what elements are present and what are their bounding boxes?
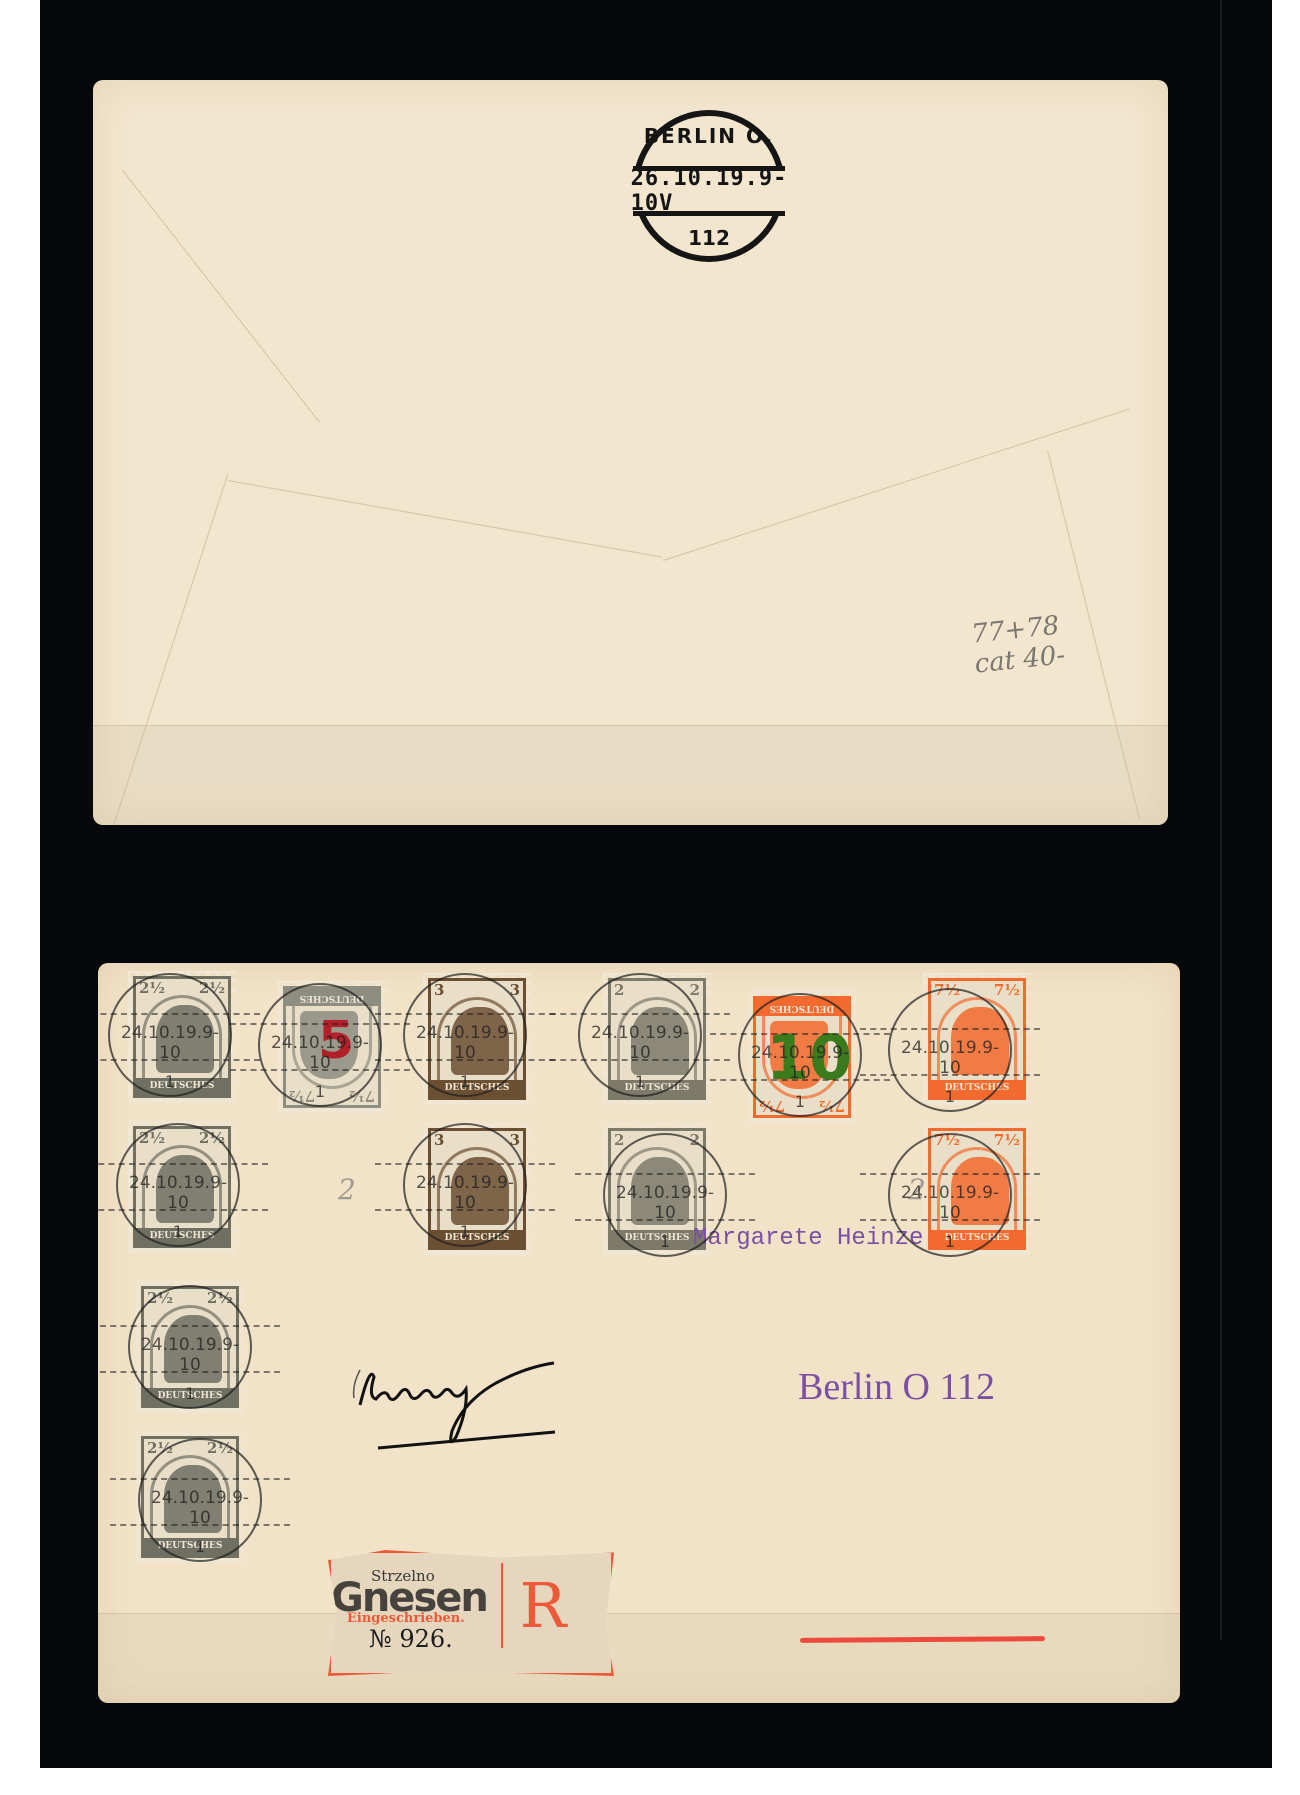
- postage-stamp: 22DEUTSCHES REICH: [603, 973, 711, 1105]
- stamp-value: 2½: [147, 1439, 173, 1457]
- stamp-value: 2½: [207, 1289, 233, 1307]
- postage-stamp: 7½7½DEUTSCHES REICH5: [278, 981, 386, 1113]
- stamp-legend: DEUTSCHES REICH: [611, 1230, 703, 1247]
- germania-bust: [156, 1005, 214, 1073]
- stamp-value: 7½: [994, 1131, 1020, 1149]
- page-seam: [1220, 0, 1222, 1640]
- stamp-legend: DEUTSCHES REICH: [431, 1230, 523, 1247]
- stamp-value: 7½: [934, 1131, 960, 1149]
- pencil-mark: 2: [338, 1173, 356, 1206]
- stamp-legend: DEUTSCHES REICH: [431, 1080, 523, 1097]
- signature: [330, 1340, 620, 1470]
- stamp-value: 7½: [759, 1097, 785, 1115]
- stamp-value: 2½: [207, 1439, 233, 1457]
- pencil-mark: 2: [908, 1173, 926, 1206]
- postage-stamp: 2½2½DEUTSCHES REICH: [136, 1281, 244, 1413]
- stamp-frame: 2½2½DEUTSCHES REICH: [141, 1286, 239, 1408]
- surcharge-overprint: 10: [766, 1021, 852, 1094]
- germania-bust: [631, 1007, 689, 1075]
- stamp-value: 7½: [349, 1087, 375, 1105]
- stamp-legend: DEUTSCHES REICH: [756, 999, 848, 1016]
- stamp-value: 7½: [289, 1087, 315, 1105]
- germania-bust: [451, 1157, 509, 1225]
- stamp-value: 3: [434, 981, 444, 999]
- stamp-legend: DEUTSCHES REICH: [931, 1230, 1023, 1247]
- stamp-value: 3: [510, 981, 520, 999]
- stamp-value: 3: [510, 1131, 520, 1149]
- stamp-frame: 2½2½DEUTSCHES REICH: [133, 976, 231, 1098]
- stamp-value: 2½: [199, 979, 225, 997]
- fold-band: [98, 1613, 1180, 1703]
- envelope-back: BERLIN O. 26.10.19.9-10V 112 77+78 cat 4…: [93, 80, 1168, 825]
- germania-bust: [164, 1465, 222, 1533]
- stamp-frame: 33DEUTSCHES REICH: [428, 978, 526, 1100]
- cancel-number: 112: [639, 226, 779, 250]
- fold-band: [93, 725, 1168, 825]
- stamp-legend: DEUTSCHES REICH: [931, 1080, 1023, 1097]
- stamp-legend: DEUTSCHES REICH: [136, 1228, 228, 1245]
- stamp-value: 7½: [994, 981, 1020, 999]
- germania-bust: [156, 1155, 214, 1223]
- registration-letter: R: [501, 1563, 583, 1648]
- berlin-cancel: BERLIN O. 26.10.19.9-10V 112: [633, 110, 785, 262]
- stamp-value: 2½: [139, 1129, 165, 1147]
- page-margin-lower: [0, 1260, 40, 1795]
- addressee-name: Margarete Heinze: [693, 1225, 923, 1252]
- germania-bust: [164, 1315, 222, 1383]
- stamp-value: 2: [690, 981, 700, 999]
- surcharge-overprint: 5: [318, 1011, 354, 1071]
- postage-stamp: 7½7½DEUTSCHES REICH10: [748, 991, 856, 1123]
- postage-stamp: 7½7½DEUTSCHES REICH: [923, 1123, 1031, 1255]
- stamp-frame: 22DEUTSCHES REICH: [608, 1128, 706, 1250]
- postage-stamp: 7½7½DEUTSCHES REICH: [923, 973, 1031, 1105]
- stamp-frame: 33DEUTSCHES REICH: [428, 1128, 526, 1250]
- postage-stamp: 2½2½DEUTSCHES REICH: [128, 1121, 236, 1253]
- stamp-frame: 2½2½DEUTSCHES REICH: [141, 1436, 239, 1558]
- germania-bust: [951, 1157, 1009, 1225]
- cancel-date: 26.10.19.9-10V: [633, 166, 785, 216]
- stamp-legend: DEUTSCHES REICH: [611, 1080, 703, 1097]
- stamp-legend: DEUTSCHES REICH: [136, 1078, 228, 1095]
- stamp-value: 2: [690, 1131, 700, 1149]
- stamp-frame: 7½7½DEUTSCHES REICH: [928, 978, 1026, 1100]
- stamp-value: 2½: [199, 1129, 225, 1147]
- stamp-legend: DEUTSCHES REICH: [144, 1538, 236, 1555]
- registration-label: Strzelno Gnesen Eingeschrieben. № 926. R: [328, 1550, 614, 1676]
- stamp-value: 7½: [934, 981, 960, 999]
- stamp-value: 2½: [139, 979, 165, 997]
- stamp-value: 2: [614, 1131, 624, 1149]
- stamp-legend: DEUTSCHES REICH: [286, 989, 378, 1006]
- flap-crease: [663, 409, 1129, 561]
- registration-number: № 926.: [369, 1625, 453, 1653]
- stamp-value: 2: [614, 981, 624, 999]
- flap-crease: [228, 480, 661, 557]
- pencil-note: 77+78 cat 40-: [970, 610, 1066, 679]
- postage-stamp: 33DEUTSCHES REICH: [423, 1123, 531, 1255]
- stamp-value: 3: [434, 1131, 444, 1149]
- germania-bust: [631, 1157, 689, 1225]
- germania-bust: [451, 1007, 509, 1075]
- registration-text: Eingeschrieben.: [347, 1611, 465, 1626]
- page-margin: [0, 0, 40, 1260]
- envelope-front: 2½2½DEUTSCHES REICH24.10.19.9-1012½2½DEU…: [98, 963, 1180, 1703]
- stamp-frame: 7½7½DEUTSCHES REICH: [928, 1128, 1026, 1250]
- addressee-city: Berlin O 112: [798, 1365, 995, 1409]
- stamp-legend: DEUTSCHES REICH: [144, 1388, 236, 1405]
- cancel-town: BERLIN O.: [639, 124, 779, 148]
- flap-crease: [122, 170, 320, 423]
- stamp-value: 2½: [147, 1289, 173, 1307]
- stamp-frame: 2½2½DEUTSCHES REICH: [133, 1126, 231, 1248]
- postage-stamp: 2½2½DEUTSCHES REICH: [128, 971, 236, 1103]
- stamp-value: 7½: [819, 1097, 845, 1115]
- postage-stamp: 33DEUTSCHES REICH: [423, 973, 531, 1105]
- stamp-frame: 22DEUTSCHES REICH: [608, 978, 706, 1100]
- germania-bust: [951, 1007, 1009, 1075]
- postage-stamp: 2½2½DEUTSCHES REICH: [136, 1431, 244, 1563]
